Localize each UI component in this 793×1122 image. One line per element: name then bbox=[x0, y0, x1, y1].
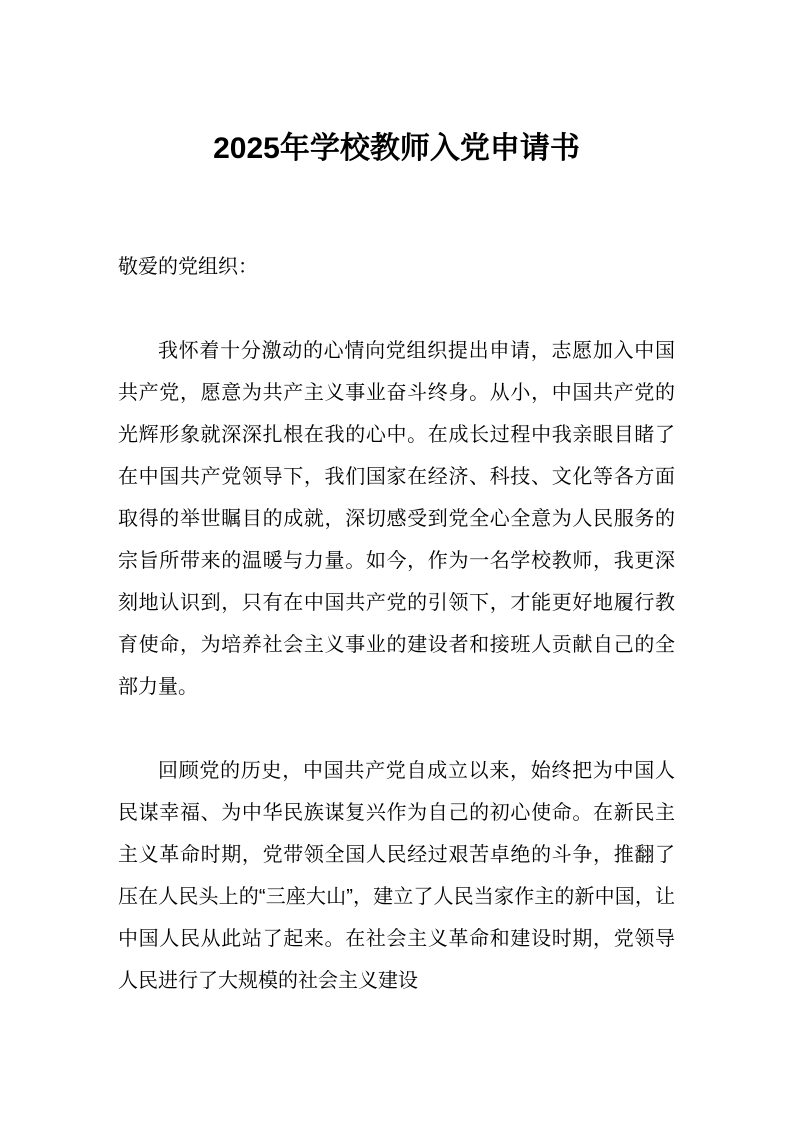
document-content: 2025年学校教师入党申请书 敬爱的党组织： 我怀着十分激动的心情向党组织提出申… bbox=[0, 0, 793, 1002]
paragraph-introduction: 我怀着十分激动的心情向党组织提出申请，志愿加入中国共产党，愿意为共产主义事业奋斗… bbox=[118, 330, 675, 708]
document-page: 2025年学校教师入党申请书 敬爱的党组织： 我怀着十分激动的心情向党组织提出申… bbox=[0, 0, 793, 1122]
document-title: 2025年学校教师入党申请书 bbox=[118, 126, 675, 172]
salutation: 敬爱的党组织： bbox=[118, 246, 675, 288]
paragraph-party-history: 回顾党的历史，中国共产党自成立以来，始终把为中国人民谋幸福、为中华民族谋复兴作为… bbox=[118, 750, 675, 1002]
